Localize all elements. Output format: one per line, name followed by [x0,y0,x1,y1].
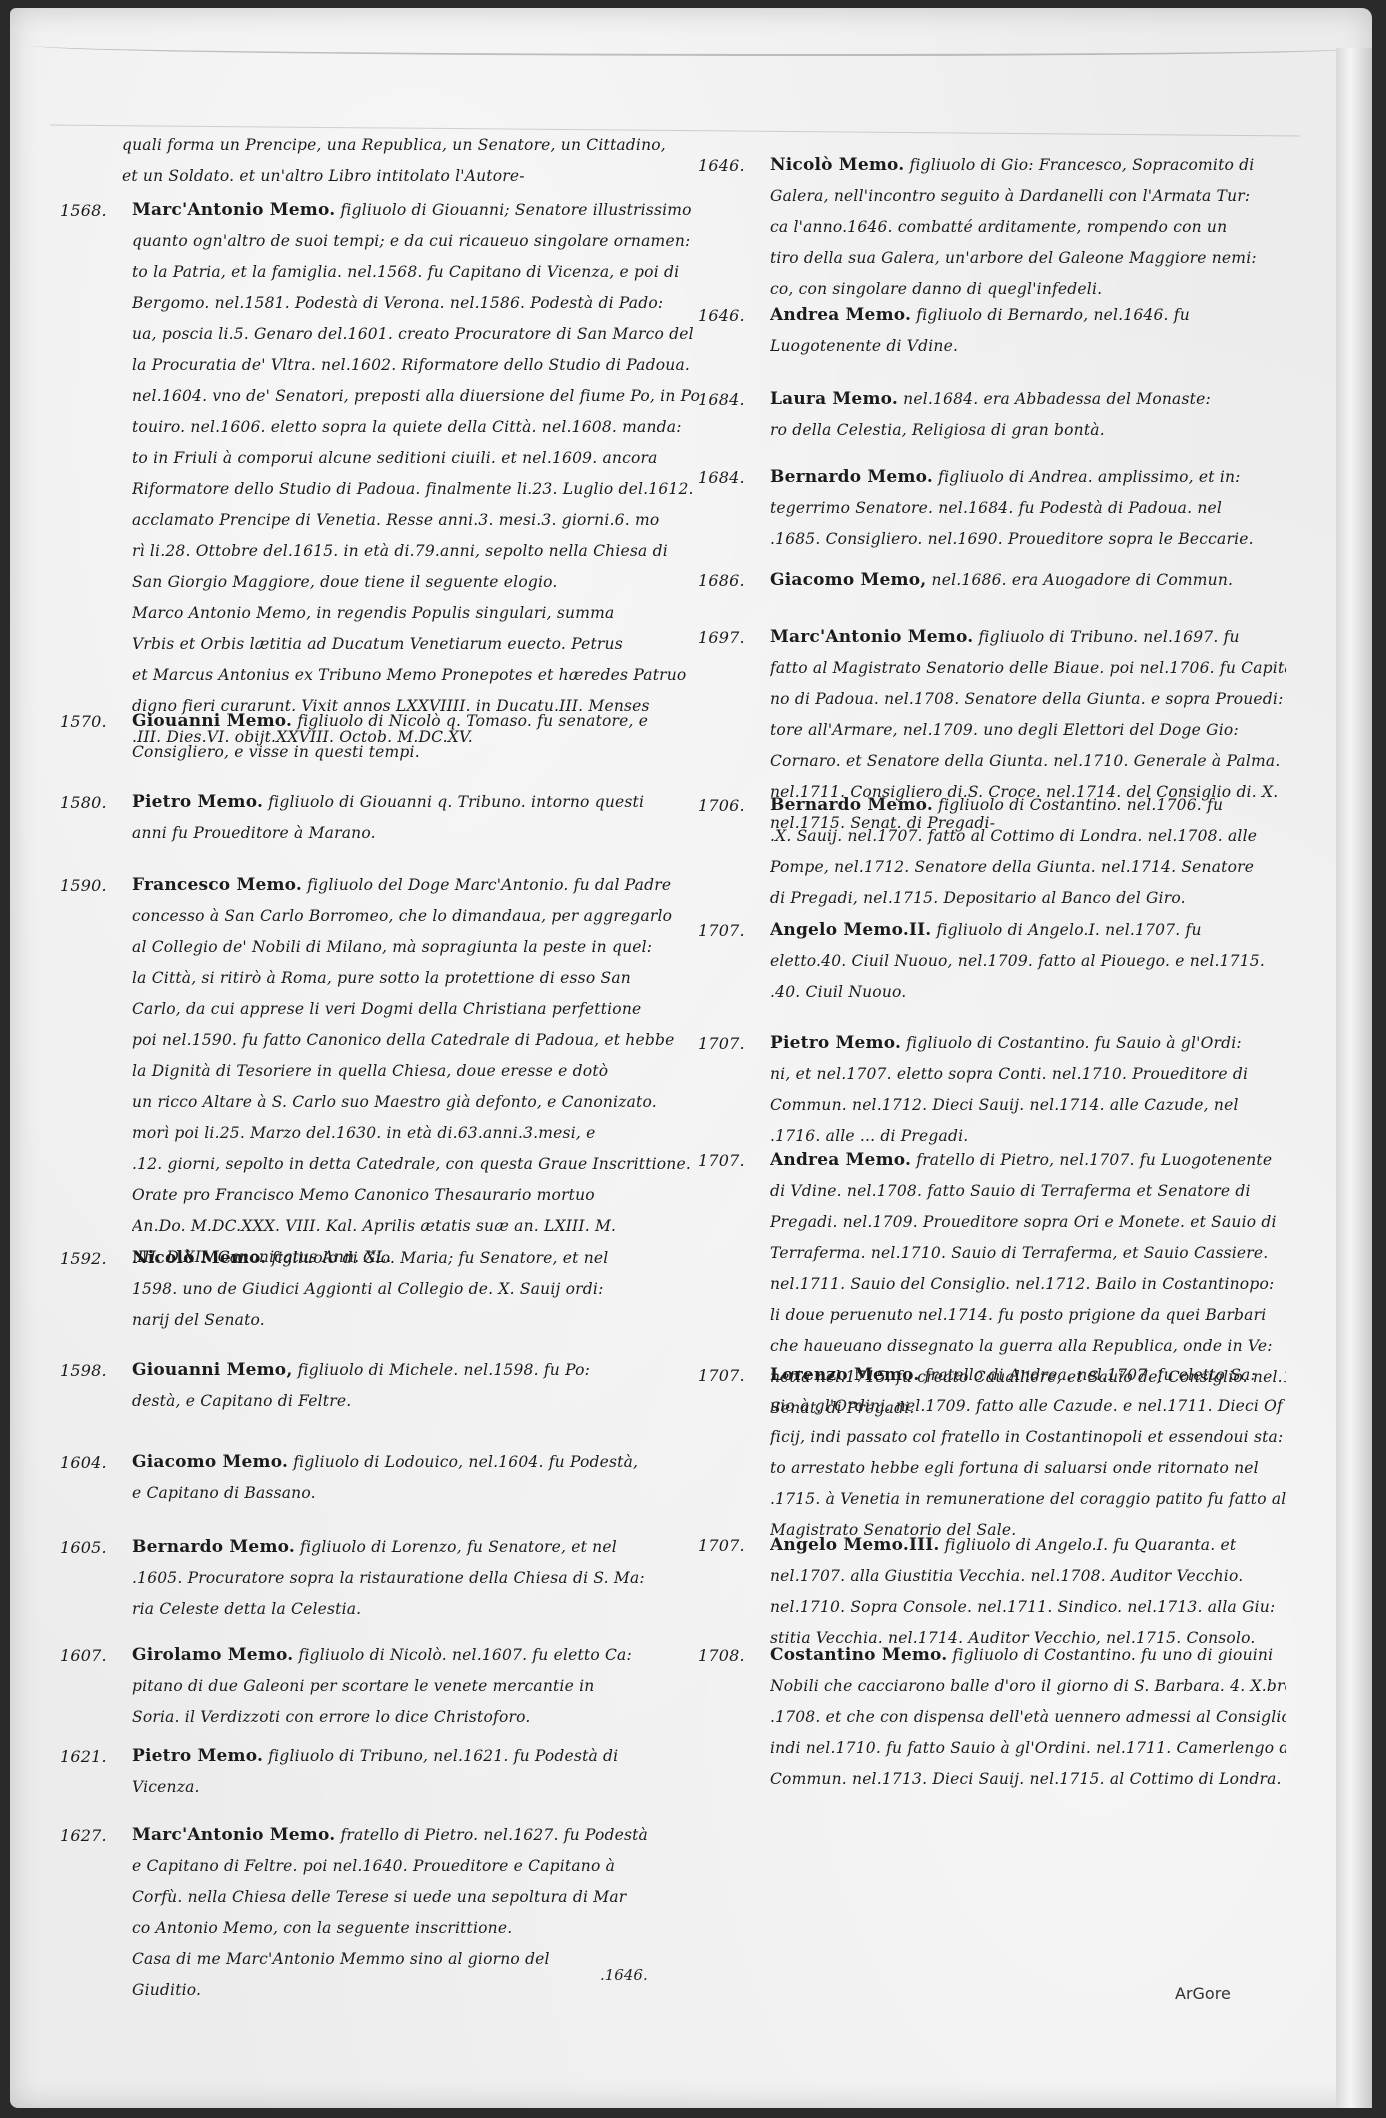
entry-year: 1646. [698,150,768,181]
intro-line: quali forma un Prencipe, una Republica, … [122,130,742,161]
entry-year: 1590. [60,870,130,901]
person-name: Angelo Memo.II. [770,920,931,940]
entry-line: Bernardo Memo. figliuolo di Andrea. ampl… [770,462,1286,493]
entry-year: 1604. [60,1447,130,1478]
person-name: Pietro Memo. [132,792,263,812]
person-name: Nicolò Memo. [132,1248,266,1268]
entry-line: Giacomo Memo, nel.1686. era Auogadore di… [770,565,1286,596]
entry-body: Costantino Memo. figliuolo di Costantino… [770,1640,1286,1795]
page-right-edge [1336,48,1372,2108]
entry-line: Vrbis et Orbis lætitia ad Ducatum Veneti… [132,629,700,660]
person-name: Pietro Memo. [132,1746,263,1766]
person-name: Girolamo Memo. [132,1645,293,1665]
archive-mark: ArGore [1175,1984,1231,2003]
entry-line: Nicolò Memo. figliuolo di Gio: Francesco… [770,150,1286,181]
entry-line: la Procuratia de' Vltra. nel.1602. Rifor… [132,350,700,381]
entry-body: Bernardo Memo. figliuolo di Andrea. ampl… [770,462,1286,555]
entry-line: Pompe, nel.1712. Senatore della Giunta. … [770,852,1286,883]
entry-line: Cornaro. et Senatore della Giunta. nel.1… [770,746,1286,777]
entry-line: Francesco Memo. figliuolo del Doge Marc'… [132,870,700,901]
entry-line: Commun. nel.1712. Dieci Sauij. nel.1714.… [770,1090,1286,1121]
person-name: Angelo Memo.III. [770,1535,940,1555]
person-name: Costantino Memo. [770,1645,947,1665]
entry-line: An.Do. M.DC.XXX. VIII. Kal. Aprilis ætat… [132,1211,700,1242]
entry-line: ni, et nel.1707. eletto sopra Conti. nel… [770,1059,1286,1090]
entry-line: Soria. il Verdizzoti con errore lo dice … [132,1702,700,1733]
person-name: Giouanni Memo. [132,711,292,731]
entry-year: 1621. [60,1741,130,1772]
entry-line-text: figliuolo di Nicolò q. Tomaso. fu senato… [297,712,648,730]
entry-line: Angelo Memo.III. figliuolo di Angelo.I. … [770,1530,1286,1561]
entry-body: Giouanni Memo, figliuolo di Michele. nel… [132,1355,700,1417]
entry-line: anni fu Proueditore à Marano. [132,818,700,849]
entry-year: 1697. [698,622,768,653]
entry-line: .1708. et che con dispensa dell'età uenn… [770,1702,1286,1733]
entry-line: to arrestato hebbe egli fortuna di salua… [770,1453,1286,1484]
person-name: Marc'Antonio Memo. [770,627,973,647]
entry-body: Pietro Memo. figliuolo di Tribuno, nel.1… [132,1741,700,1803]
entry-line: no di Padoua. nel.1708. Senatore della G… [770,684,1286,715]
entry-line-text: figliuolo di Gio. Maria; fu Senatore, et… [272,1249,609,1267]
entry-line-text: figliuolo di Angelo.I. nel.1707. fu [937,921,1202,939]
entry-line: tiro della sua Galera, un'arbore del Gal… [770,243,1286,274]
entry-line: la Città, si ritirò à Roma, pure sotto l… [132,963,700,994]
entry-line: uio à gl'Ordini. nel.1709. fatto alle Ca… [770,1391,1286,1422]
entry-line: to la Patria, et la famiglia. nel.1568. … [132,257,700,288]
entry-line: Luogotenente di Vdine. [770,331,1286,362]
entry-line: Terraferma. nel.1710. Sauio di Terraferm… [770,1238,1286,1269]
entry-line: Bernardo Memo. figliuolo di Costantino. … [770,790,1286,821]
entry-line-text: figliuolo di Costantino. nel.1706. fu [938,796,1223,814]
entry-year: 1686. [698,565,768,596]
entry-line-text: figliuolo di Tribuno. nel.1697. fu [978,628,1239,646]
entry-line: touiro. nel.1606. eletto sopra la quiete… [132,412,700,443]
entry-line: Lorenzo Memo. fratello di Andrea. nel.17… [770,1360,1286,1391]
entry-line-text: figliuolo di Gio: Francesco, Sopracomito… [910,156,1255,174]
entry-line: nel.1604. vno de' Senatori, preposti all… [132,381,700,412]
entry-line: co Antonio Memo, con la seguente inscrit… [132,1913,700,1944]
entry-year: 1707. [698,1145,768,1176]
entry-line: ria Celeste detta la Celestia. [132,1594,700,1625]
entry-year: 1580. [60,787,130,818]
entry-body: Francesco Memo. figliuolo del Doge Marc'… [132,870,700,1273]
entry-year: 1684. [698,384,768,415]
entry-line: rì li.28. Ottobre del.1615. in età di.79… [132,536,700,567]
entry-line: et Marcus Antonius ex Tribuno Memo Prone… [132,660,700,691]
entry-year: 1570. [60,706,130,737]
intro-line: et un Soldato. et un'altro Libro intitol… [122,161,742,192]
entry-line: Nobili che cacciarono balle d'oro il gio… [770,1671,1286,1702]
entry-line: Giouanni Memo. figliuolo di Nicolò q. To… [132,706,700,737]
entry-body: Giacomo Memo. figliuolo di Lodouico, nel… [132,1447,700,1509]
entry-line: Marc'Antonio Memo. figliuolo di Giouanni… [132,195,700,226]
entry-line: Vicenza. [132,1772,700,1803]
entry-line: Costantino Memo. figliuolo di Costantino… [770,1640,1286,1671]
person-name: Bernardo Memo. [770,795,933,815]
entry-line: Andrea Memo. figliuolo di Bernardo, nel.… [770,300,1286,331]
entry-line: .1685. Consigliero. nel.1690. Proueditor… [770,524,1286,555]
closing-year: .1646. [600,1966,648,1984]
entry-line: li doue peruenuto nel.1714. fu posto pri… [770,1300,1286,1331]
entry-line: Giacomo Memo. figliuolo di Lodouico, nel… [132,1447,700,1478]
entry-line: ro della Celestia, Religiosa di gran bon… [770,415,1286,446]
entry-line: acclamato Prencipe di Venetia. Resse ann… [132,505,700,536]
entry-line: .40. Ciuil Nuouo. [770,977,1286,1008]
entry-line: Carlo, da cui apprese li veri Dogmi dell… [132,994,700,1025]
entry-line: destà, e Capitano di Feltre. [132,1386,700,1417]
intro-text: quali forma un Prencipe, una Republica, … [122,130,742,192]
person-name: Giouanni Memo, [132,1360,292,1380]
entry-year: 1592. [60,1243,130,1274]
entry-line: .1715. à Venetia in remuneratione del co… [770,1484,1286,1515]
entry-line: nel.1710. Sopra Console. nel.1711. Sindi… [770,1592,1286,1623]
entry-line: tegerrimo Senatore. nel.1684. fu Podestà… [770,493,1286,524]
entry-line: quanto ogn'altro de suoi tempi; e da cui… [132,226,700,257]
entry-body: Angelo Memo.II. figliuolo di Angelo.I. n… [770,915,1286,1008]
entry-line: San Giorgio Maggiore, doue tiene il segu… [132,567,700,598]
entry-line-text: figliuolo di Michele. nel.1598. fu Po: [298,1361,590,1379]
entry-line-text: fratello di Pietro, nel.1707. fu Luogote… [916,1151,1272,1169]
person-name: Pietro Memo. [770,1033,901,1053]
entry-line: Laura Memo. nel.1684. era Abbadessa del … [770,384,1286,415]
entry-line-text: figliuolo del Doge Marc'Antonio. fu dal … [307,876,671,894]
entry-line: e Capitano di Bassano. [132,1478,700,1509]
entry-line: Orate pro Francisco Memo Canonico Thesau… [132,1180,700,1211]
entry-line: morì poi li.25. Marzo del.1630. in età d… [132,1118,700,1149]
entry-year: 1708. [698,1640,768,1671]
entry-line: Giouanni Memo, figliuolo di Michele. nel… [132,1355,700,1386]
entry-line: .12. giorni, sepolto in detta Catedrale,… [132,1149,700,1180]
entry-line: Marc'Antonio Memo. fratello di Pietro. n… [132,1820,700,1851]
entry-line: Angelo Memo.II. figliuolo di Angelo.I. n… [770,915,1286,946]
entry-line-text: figliuolo di Lorenzo, fu Senatore, et ne… [300,1538,617,1556]
entry-body: Nicolò Memo. figliuolo di Gio: Francesco… [770,150,1286,305]
entry-line: indi nel.1710. fu fatto Sauio à gl'Ordin… [770,1733,1286,1764]
entry-line-text: figliuolo di Giouanni q. Tribuno. intorn… [268,793,644,811]
entry-line: ua, poscia li.5. Genaro del.1601. creato… [132,319,700,350]
page-torn-edge [30,38,1350,56]
entry-line: concesso à San Carlo Borromeo, che lo di… [132,901,700,932]
entry-body: Girolamo Memo. figliuolo di Nicolò. nel.… [132,1640,700,1733]
entry-line: un ricco Altare à S. Carlo suo Maestro g… [132,1087,700,1118]
entry-line-text: nel.1684. era Abbadessa del Monaste: [903,390,1211,408]
entry-line: Galera, nell'incontro seguito à Dardanel… [770,181,1286,212]
entry-line-text: figliuolo di Nicolò. nel.1607. fu eletto… [299,1646,632,1664]
entry-line: eletto.40. Ciuil Nuouo, nel.1709. fatto … [770,946,1286,977]
manuscript-page: quali forma un Prencipe, una Republica, … [10,8,1372,2108]
entry-body: Giouanni Memo. figliuolo di Nicolò q. To… [132,706,700,768]
entry-year: 1707. [698,915,768,946]
entry-line: Nicolò Memo. figliuolo di Gio. Maria; fu… [132,1243,700,1274]
entry-line: Consigliero, e visse in questi tempi. [132,737,700,768]
entry-year: 1607. [60,1640,130,1671]
entry-line: al Collegio de' Nobili di Milano, mà sop… [132,932,700,963]
entry-line: ficij, indi passato col fratello in Cost… [770,1422,1286,1453]
entry-year: 1707. [698,1530,768,1561]
person-name: Giacomo Memo. [132,1452,288,1472]
entry-line: poi nel.1590. fu fatto Canonico della Ca… [132,1025,700,1056]
entry-body: Giacomo Memo, nel.1686. era Auogadore di… [770,565,1286,596]
entry-line-text: figliuolo di Giouanni; Senatore illustri… [340,201,691,219]
entry-line: Corfù. nella Chiesa delle Terese si uede… [132,1882,700,1913]
entry-body: Andrea Memo. figliuolo di Bernardo, nel.… [770,300,1286,362]
entry-year: 1568. [60,195,130,226]
person-name: Marc'Antonio Memo. [132,1825,335,1845]
entry-line: Andrea Memo. fratello di Pietro, nel.170… [770,1145,1286,1176]
entry-line: 1598. uno de Giudici Aggionti al Collegi… [132,1274,700,1305]
entry-line: to in Friuli à comporui alcune seditioni… [132,443,700,474]
entry-line-text: figliuolo di Andrea. amplissimo, et in: [938,468,1240,486]
entry-line: Pietro Memo. figliuolo di Giouanni q. Tr… [132,787,700,818]
entry-line-text: fratello di Pietro. nel.1627. fu Podestà [340,1826,648,1844]
entry-year: 1598. [60,1355,130,1386]
entry-line-text: nel.1686. era Auogadore di Commun. [932,571,1234,589]
entry-line: ca l'anno.1646. combatté arditamente, ro… [770,212,1286,243]
entry-body: Nicolò Memo. figliuolo di Gio. Maria; fu… [132,1243,700,1336]
person-name: Marc'Antonio Memo. [132,200,335,220]
entry-body: Angelo Memo.III. figliuolo di Angelo.I. … [770,1530,1286,1654]
person-name: Andrea Memo. [770,1150,911,1170]
entry-line-text: figliuolo di Bernardo, nel.1646. fu [916,306,1190,324]
entry-year: 1707. [698,1360,768,1391]
entry-line-text: figliuolo di Costantino. fu uno di gioui… [953,1646,1274,1664]
entry-body: Bernardo Memo. figliuolo di Lorenzo, fu … [132,1532,700,1625]
entry-line: fatto al Magistrato Senatorio delle Biau… [770,653,1286,684]
entry-line: pitano di due Galeoni per scortare le ve… [132,1671,700,1702]
person-name: Francesco Memo. [132,875,302,895]
entry-line-text: fratello di Andrea. nel.1707. fu eletto … [925,1366,1256,1384]
entry-line-text: figliuolo di Costantino. fu Sauio à gl'O… [906,1034,1242,1052]
entry-line: nel.1711. Sauio del Consiglio. nel.1712.… [770,1269,1286,1300]
person-name: Andrea Memo. [770,305,911,325]
entry-line: Bernardo Memo. figliuolo di Lorenzo, fu … [132,1532,700,1563]
entry-line: tore all'Armare, nel.1709. uno degli Ele… [770,715,1286,746]
person-name: Bernardo Memo. [132,1537,295,1557]
entry-line: Pietro Memo. figliuolo di Tribuno, nel.1… [132,1741,700,1772]
entry-line: e Capitano di Feltre. poi nel.1640. Prou… [132,1851,700,1882]
entry-line: di Pregadi, nel.1715. Depositario al Ban… [770,883,1286,914]
entry-line: nel.1707. alla Giustitia Vecchia. nel.17… [770,1561,1286,1592]
entry-year: 1646. [698,300,768,331]
entry-line: narij del Senato. [132,1305,700,1336]
entry-line-text: figliuolo di Lodouico, nel.1604. fu Pode… [293,1453,638,1471]
entry-line: di Vdine. nel.1708. fatto Sauio di Terra… [770,1176,1286,1207]
entry-year: 1605. [60,1532,130,1563]
entry-year: 1707. [698,1028,768,1059]
entry-line: .1605. Procuratore sopra la ristauration… [132,1563,700,1594]
person-name: Bernardo Memo. [770,467,933,487]
person-name: Lorenzo Memo. [770,1365,920,1385]
entry-line: Marco Antonio Memo, in regendis Populis … [132,598,700,629]
entry-line: Marc'Antonio Memo. figliuolo di Tribuno.… [770,622,1286,653]
entry-year: 1706. [698,790,768,821]
entry-line: che haueuano dissegnato la guerra alla R… [770,1331,1286,1362]
entry-line: Riformatore dello Studio di Padoua. fina… [132,474,700,505]
person-name: Giacomo Memo, [770,570,926,590]
entry-line-text: figliuolo di Angelo.I. fu Quaranta. et [945,1536,1237,1554]
person-name: Nicolò Memo. [770,155,904,175]
entry-line-text: figliuolo di Tribuno, nel.1621. fu Podes… [268,1747,618,1765]
entry-line: la Dignità di Tesoriere in quella Chiesa… [132,1056,700,1087]
entry-body: Laura Memo. nel.1684. era Abbadessa del … [770,384,1286,446]
entry-line: Pregadi. nel.1709. Proueditore sopra Ori… [770,1207,1286,1238]
entry-line: Girolamo Memo. figliuolo di Nicolò. nel.… [132,1640,700,1671]
entry-line: Bergomo. nel.1581. Podestà di Verona. ne… [132,288,700,319]
entry-line: Commun. nel.1713. Dieci Sauij. nel.1715.… [770,1764,1286,1795]
person-name: Laura Memo. [770,389,898,409]
entry-body: Lorenzo Memo. fratello di Andrea. nel.17… [770,1360,1286,1546]
entry-line: .X. Sauij. nel.1707. fatto al Cottimo di… [770,821,1286,852]
entry-line: Pietro Memo. figliuolo di Costantino. fu… [770,1028,1286,1059]
entry-body: Bernardo Memo. figliuolo di Costantino. … [770,790,1286,914]
entry-year: 1684. [698,462,768,493]
entry-body: Pietro Memo. figliuolo di Giouanni q. Tr… [132,787,700,849]
entry-body: Pietro Memo. figliuolo di Costantino. fu… [770,1028,1286,1152]
entry-body: Marc'Antonio Memo. figliuolo di Giouanni… [132,195,700,753]
entry-year: 1627. [60,1820,130,1851]
